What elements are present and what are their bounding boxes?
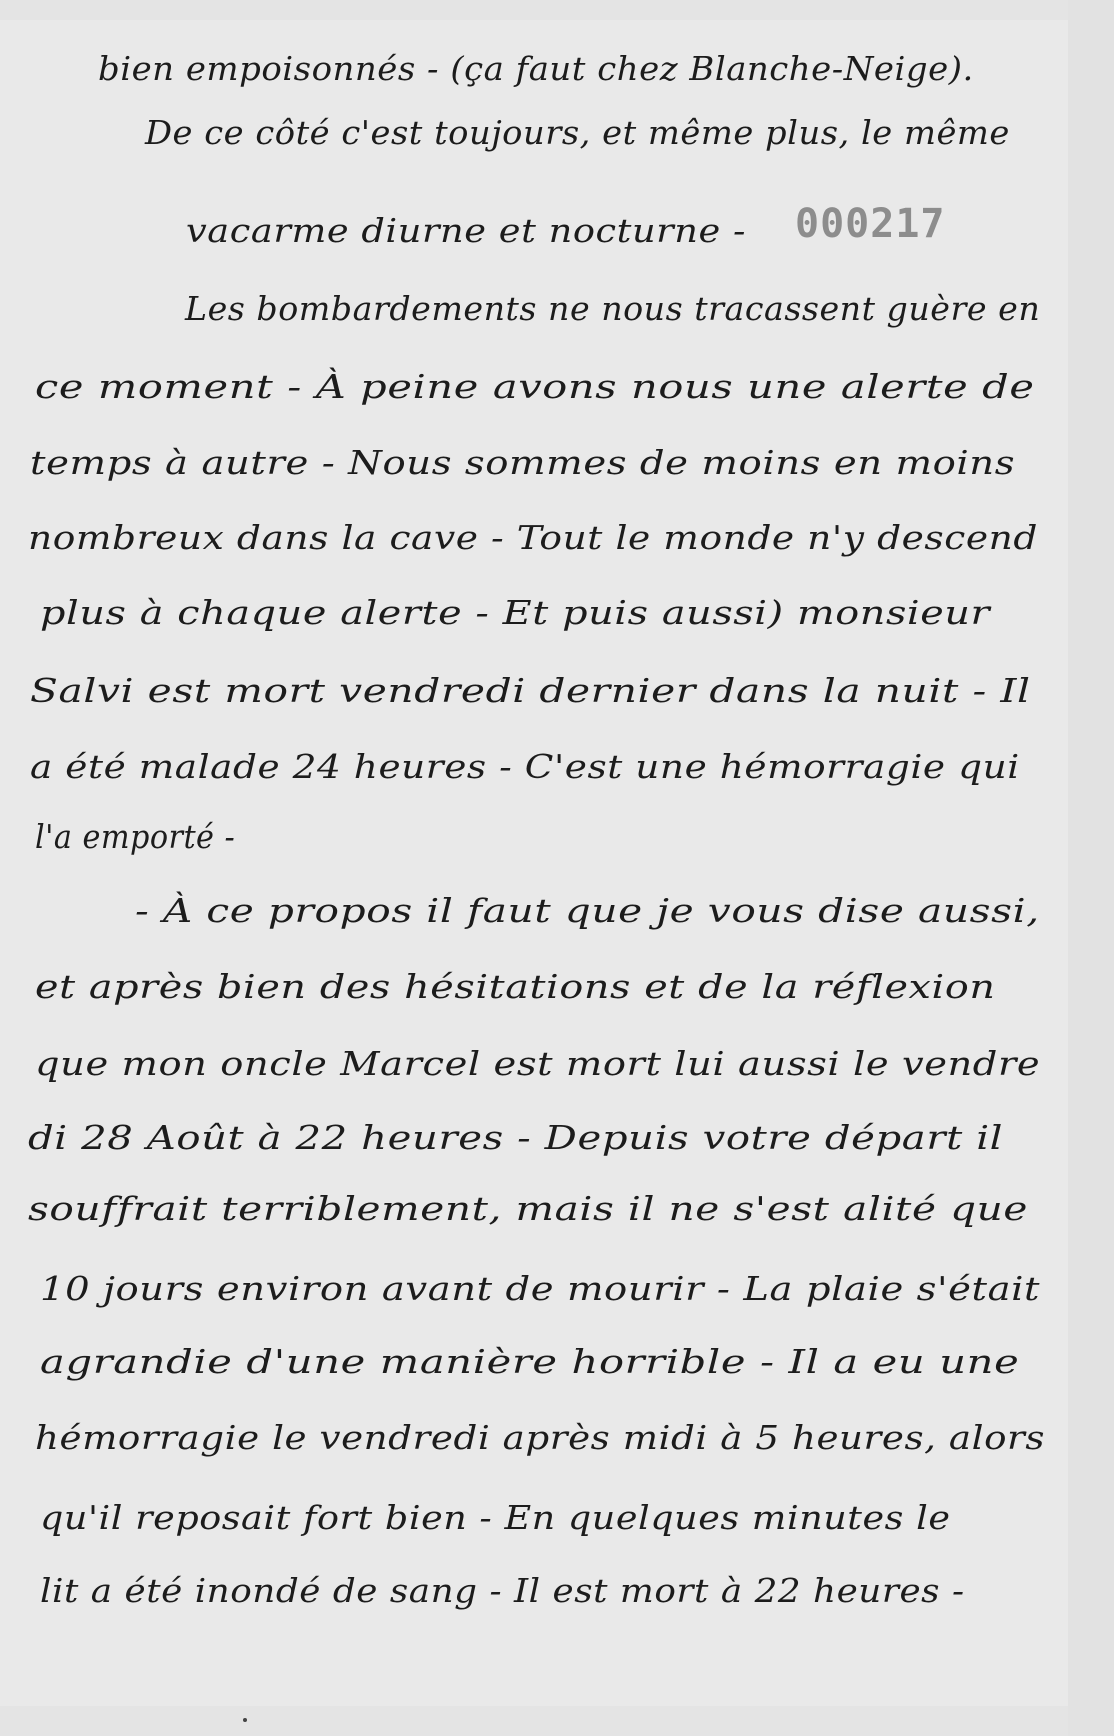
text-line: Salvi est mort vendredi dernier dans la … — [30, 671, 1031, 710]
text-line: Les bombardements ne nous tracassent guè… — [185, 289, 1040, 328]
text-line: nombreux dans la cave - Tout le monde n'… — [28, 518, 1038, 557]
text-line: a été malade 24 heures - C'est une hémor… — [30, 747, 1020, 786]
text-line: bien empoisonnés - (ça faut chez Blanche… — [98, 49, 974, 88]
text-line: qu'il reposait fort bien - En quelques m… — [40, 1498, 951, 1537]
text-line: di 28 Août à 22 heures - Depuis votre dé… — [28, 1118, 1003, 1157]
text-line: l'a emporté - — [35, 817, 235, 856]
text-line: vacarme diurne et nocturne - — [186, 211, 746, 250]
ink-speck — [243, 1718, 247, 1722]
text-line: souffrait terriblement, mais il ne s'est… — [28, 1189, 1028, 1228]
text-line: - À ce propos il faut que je vous dise a… — [135, 891, 1040, 930]
text-line: hémorragie le vendredi après midi à 5 he… — [35, 1418, 1045, 1457]
archive-stamp-number: 000217 — [795, 201, 946, 247]
text-line: que mon oncle Marcel est mort lui aussi … — [35, 1044, 1040, 1083]
text-line: De ce côté c'est toujours, et même plus,… — [145, 113, 1010, 152]
text-line: ce moment - À peine avons nous une alert… — [35, 367, 1035, 406]
text-line: 10 jours environ avant de mourir - La pl… — [40, 1269, 1040, 1308]
text-line: agrandie d'une manière horrible - Il a e… — [40, 1342, 1019, 1381]
text-line: temps à autre - Nous sommes de moins en … — [30, 443, 1015, 482]
archive-stamp: 000217 — [795, 201, 946, 247]
page-edge — [1068, 0, 1114, 1736]
text-line: et après bien des hésitations et de la r… — [35, 967, 996, 1006]
text-line: plus à chaque alerte - Et puis aussi) mo… — [40, 593, 990, 632]
text-line: lit a été inondé de sang - Il est mort à… — [40, 1571, 965, 1610]
